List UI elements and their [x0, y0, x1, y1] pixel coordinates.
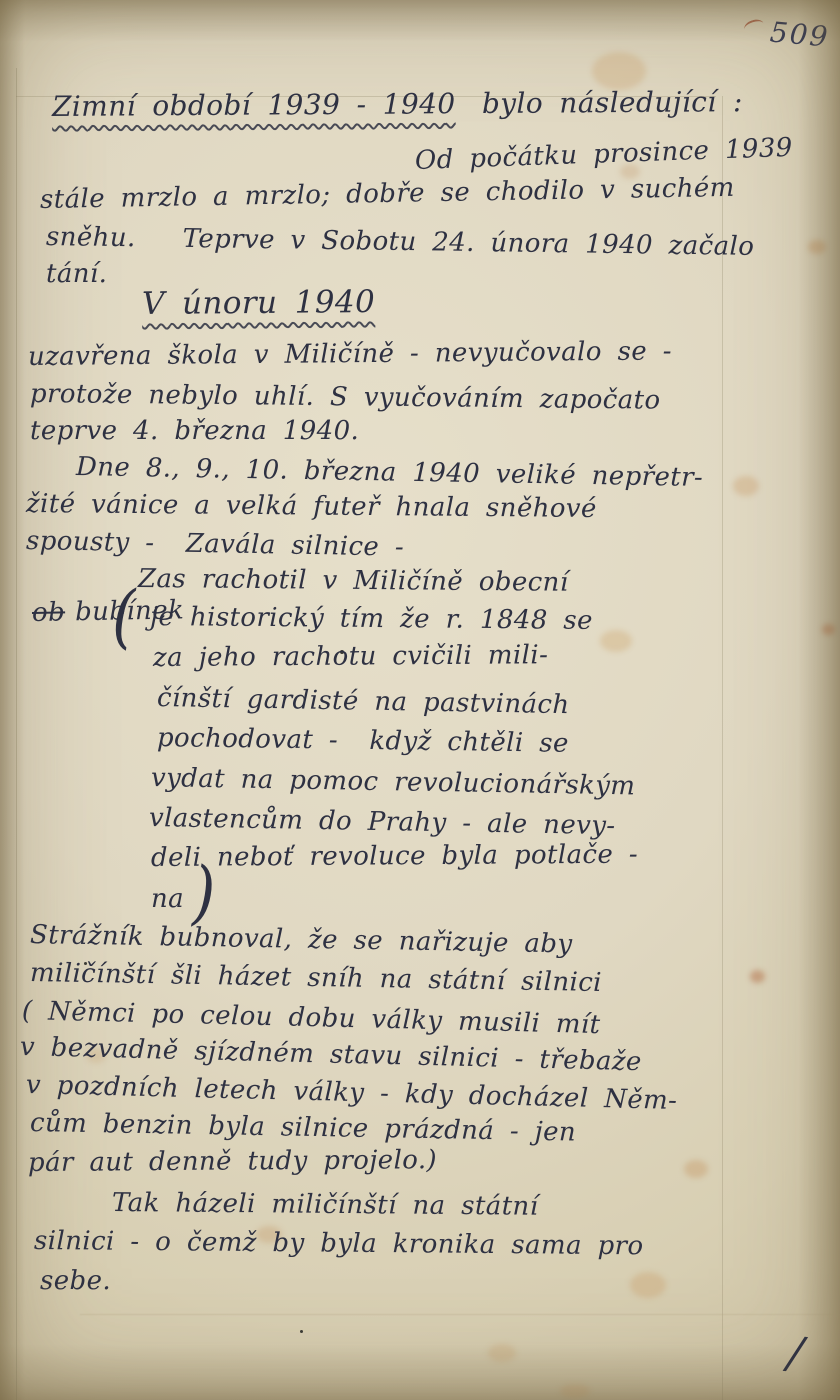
handwritten-line: deli neboť revoluce byla potlače - [151, 840, 638, 873]
stain [630, 1272, 666, 1298]
handwritten-line: žité vánice a velká futeř hnala sněhové [26, 489, 597, 524]
handwritten-line: Dne 8., 9., 10. března 1940 veliké nepře… [76, 452, 704, 493]
handwritten-line: teprve 4. března 1940. [30, 416, 359, 446]
handwritten-line: protože nebylo uhlí. S vyučováním započa… [30, 379, 661, 416]
handwritten-line: vydat na pomoc revolucionářským [151, 763, 636, 801]
handwritten-line: tání. [46, 259, 107, 289]
margin-note-struck-word: ob [32, 597, 66, 628]
handwritten-line: uzavřena škola v Miličíně - nevyučovalo … [28, 336, 672, 372]
handwritten-line: Od počátku prosince 1939 [414, 133, 793, 176]
stain [733, 476, 759, 496]
title-rest: bylo následující : [482, 85, 743, 120]
stain [560, 1384, 590, 1398]
handwritten-line: stále mrzlo a mrzlo; dobře se chodilo v … [40, 173, 735, 215]
handwritten-line: Zas rachotil v Miličíně obecní [138, 564, 569, 598]
ruled-border-left [16, 68, 17, 1400]
stain [742, 17, 765, 36]
handwritten-line: pochodovat - když chtěli se [157, 723, 569, 759]
handwritten-line: vlastencům do Prahy - ale nevy- [149, 803, 616, 841]
stain [750, 970, 765, 983]
handwritten-line: čínští gardisté na pastvinách [157, 683, 570, 720]
stain [488, 1344, 516, 1362]
stain [592, 52, 646, 90]
ink-slash-mark: / [785, 1327, 805, 1379]
manuscript-page: 509 Zimní období 1939 - 1940 bylo násled… [0, 0, 840, 1400]
handwritten-line: cům benzin byla silnice prázdná - jen [30, 1108, 577, 1148]
page-number: 509 [769, 15, 831, 53]
title-line: Zimní období 1939 - 1940 bylo následujíc… [52, 85, 743, 123]
title-underlined: Zimní období 1939 - 1940 [52, 87, 456, 123]
stain [808, 240, 826, 254]
paper-crease [80, 1314, 840, 1315]
handwritten-line: spousty - Zavála silnice - [26, 526, 405, 563]
handwritten-line: sněhu. Teprve v Sobotu 24. února 1940 za… [46, 222, 755, 262]
handwritten-line: je historický tím že r. 1848 se [150, 602, 593, 636]
stain [684, 1160, 708, 1178]
ruled-border-right [722, 96, 723, 1400]
handwritten-line: miličínští šli házet sníh na státní siln… [30, 958, 602, 998]
stain [600, 630, 632, 652]
open-paren-mark: ( [112, 577, 135, 658]
handwritten-line: za jeho rachotu cvičili mili- [153, 640, 548, 673]
section-heading: V únoru 1940 [142, 284, 375, 322]
stain [822, 624, 835, 635]
handwritten-line: na [151, 884, 184, 914]
ink-speck [300, 1330, 303, 1333]
handwritten-line: pár aut denně tudy projelo.) [28, 1145, 437, 1178]
handwritten-line: Tak házeli miličínští na státní [112, 1188, 539, 1222]
handwritten-line: Strážník bubnoval, že se nařizuje aby [30, 920, 573, 959]
handwritten-line: silnici - o čemž by byla kronika sama pr… [34, 1226, 644, 1261]
close-paren-mark: ) [192, 853, 215, 934]
handwritten-line: sebe. [40, 1266, 111, 1296]
